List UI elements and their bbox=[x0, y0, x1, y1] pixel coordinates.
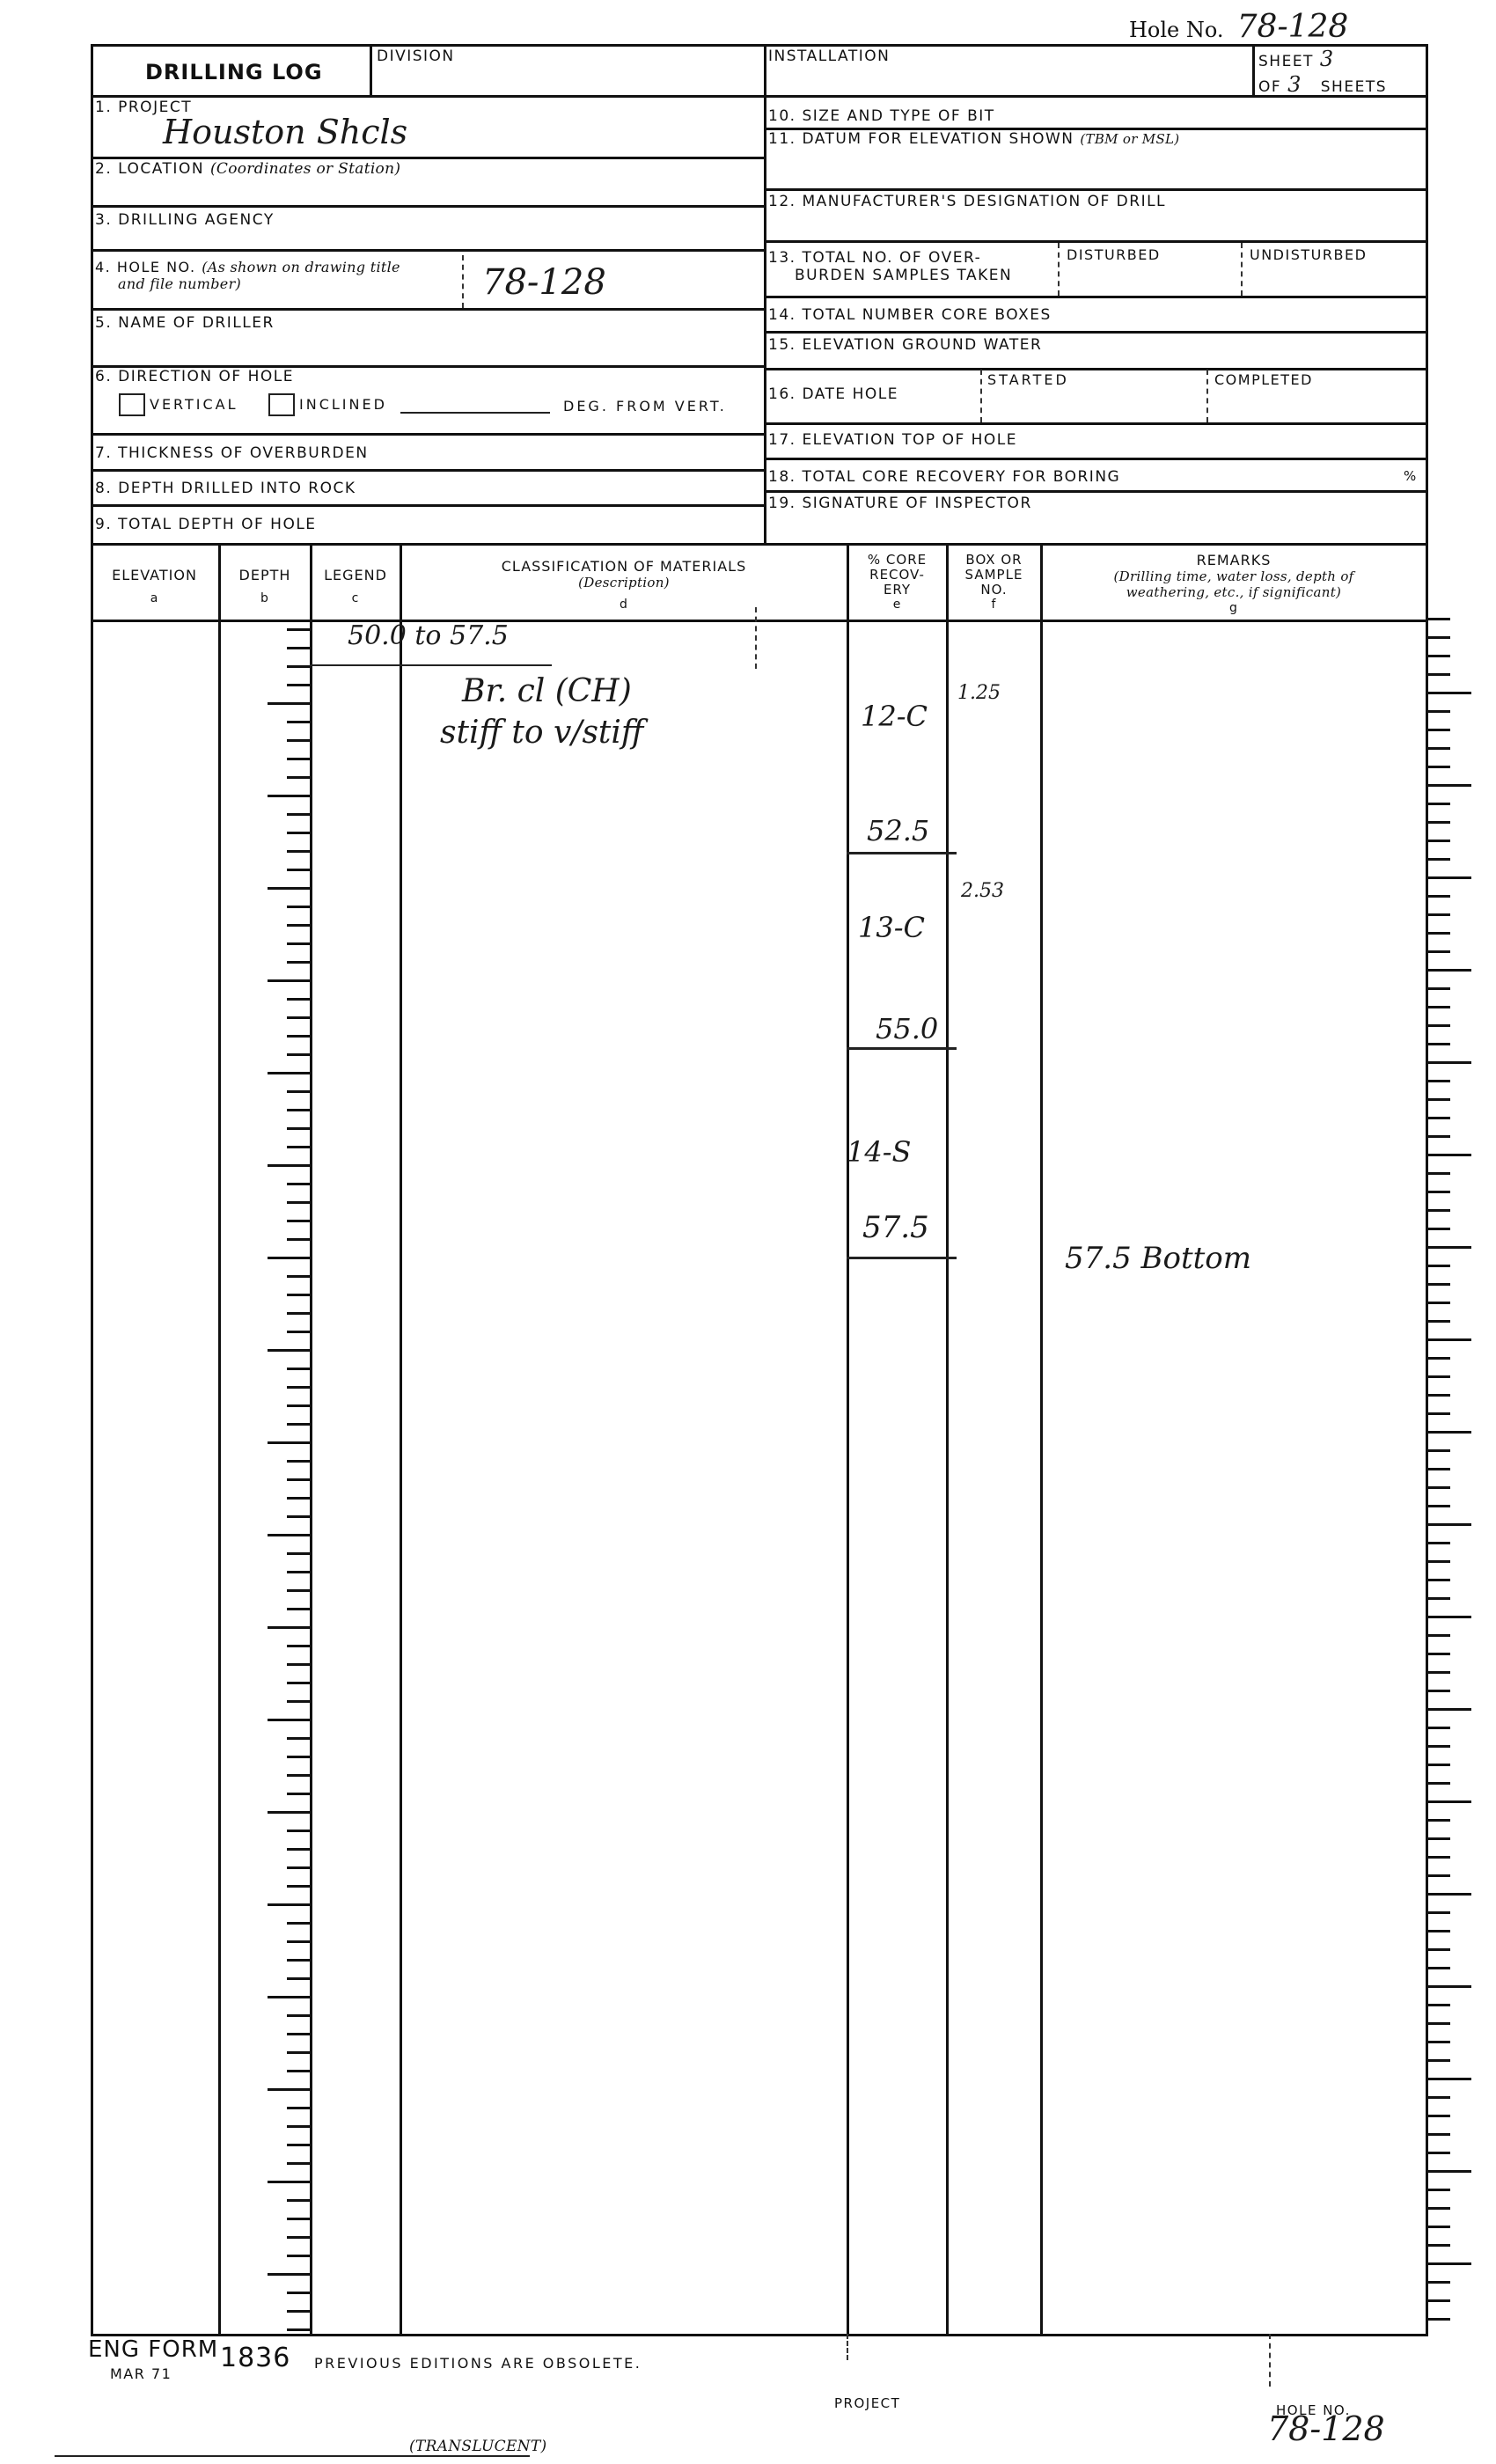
ruler-tick bbox=[1427, 1874, 1450, 1877]
ruler-tick bbox=[1427, 1560, 1450, 1563]
depth-tick bbox=[287, 1146, 310, 1148]
ruler-tick bbox=[1427, 1727, 1450, 1729]
ruler-tick bbox=[1427, 1228, 1450, 1230]
ruler-tick bbox=[1427, 2059, 1450, 2062]
depth-tick bbox=[268, 1626, 310, 1629]
ruler-tick bbox=[1427, 1412, 1450, 1415]
ruler-tick bbox=[1427, 1449, 1450, 1452]
ruler-tick bbox=[1427, 2004, 1450, 2006]
depth-tick bbox=[287, 1663, 310, 1666]
date-hole-label: 16. DATE HOLE bbox=[768, 385, 898, 403]
interval-value[interactable]: 50.0 to 57.5 bbox=[348, 620, 509, 651]
ruler-tick bbox=[1427, 1431, 1471, 1434]
depth-tick bbox=[287, 2199, 310, 2202]
form-date: MAR 71 bbox=[110, 2365, 172, 2382]
hole-no-label: Hole No. bbox=[1129, 18, 1224, 42]
started-label: STARTED bbox=[987, 371, 1069, 388]
sheet-label: SHEET 3 bbox=[1258, 47, 1335, 71]
ruler-tick bbox=[1427, 913, 1450, 916]
deg-from-vert-label: DEG. FROM VERT. bbox=[563, 398, 727, 414]
ruler-tick bbox=[1427, 1283, 1450, 1286]
ruler-tick bbox=[1427, 876, 1471, 879]
elevation-top-label: 17. ELEVATION TOP OF HOLE bbox=[768, 431, 1017, 449]
hole-no-value: 78-128 bbox=[1237, 9, 1349, 45]
depth-tick bbox=[287, 721, 310, 723]
depth-tick bbox=[287, 1497, 310, 1500]
depth-tick bbox=[287, 2070, 310, 2072]
ruler-tick bbox=[1427, 1191, 1450, 1193]
ruler-tick bbox=[1427, 1265, 1450, 1267]
depth-tick bbox=[287, 1571, 310, 1573]
ruler-tick bbox=[1427, 2115, 1450, 2117]
depth-tick bbox=[287, 684, 310, 686]
depth-tick bbox=[287, 1515, 310, 1518]
ruler-tick bbox=[1427, 673, 1450, 676]
ruler-tick bbox=[1427, 840, 1450, 842]
form-title: DRILLING LOG bbox=[145, 60, 323, 84]
ruler-tick bbox=[1427, 895, 1450, 898]
col-header-core-recovery: % CORE RECOV- ERY e bbox=[848, 553, 946, 612]
depth-tick bbox=[287, 869, 310, 871]
inclined-checkbox[interactable] bbox=[268, 393, 295, 416]
depth-tick bbox=[287, 1090, 310, 1093]
ruler-tick bbox=[1427, 821, 1450, 824]
ruler-tick bbox=[1427, 692, 1471, 694]
depth-tick bbox=[287, 832, 310, 834]
ruler-tick bbox=[1427, 1394, 1450, 1397]
core-run-2[interactable]: 13-C bbox=[858, 911, 925, 944]
samples-label: 13. TOTAL NO. OF OVER- BURDEN SAMPLES TA… bbox=[768, 249, 1012, 284]
undisturbed-label: UNDISTURBED bbox=[1250, 246, 1367, 263]
disturbed-label: DISTURBED bbox=[1067, 246, 1161, 263]
ruler-tick bbox=[1427, 1505, 1450, 1507]
depth-tick bbox=[287, 2014, 310, 2017]
ruler-tick bbox=[1427, 1819, 1450, 1822]
ruler-tick bbox=[1427, 858, 1450, 861]
ruler-tick bbox=[1427, 1985, 1471, 1988]
ruler-tick bbox=[1427, 1837, 1450, 1840]
ruler-tick bbox=[1427, 2022, 1450, 2025]
depth-tick bbox=[287, 1275, 310, 1278]
col-header-elevation: ELEVATION a bbox=[91, 567, 218, 607]
depth-tick bbox=[287, 2310, 310, 2313]
depth-tick bbox=[287, 1460, 310, 1463]
depth-tick bbox=[287, 1608, 310, 1610]
depth-tick bbox=[268, 1164, 310, 1167]
depth-tick bbox=[287, 647, 310, 649]
ruler-tick bbox=[1427, 784, 1471, 787]
ruler-tick bbox=[1427, 2281, 1450, 2284]
ruler-tick bbox=[1427, 1634, 1450, 1637]
bit-label: 10. SIZE AND TYPE OF BIT bbox=[768, 107, 995, 125]
overburden-label: 7. THICKNESS OF OVERBURDEN bbox=[95, 444, 369, 462]
ruler-tick bbox=[1427, 2207, 1450, 2210]
ruler-tick bbox=[1427, 636, 1450, 639]
ruler-tick bbox=[1427, 1375, 1450, 1378]
ruler-tick bbox=[1427, 2226, 1450, 2228]
ruler-tick bbox=[1427, 1172, 1450, 1175]
ruler-tick bbox=[1427, 1800, 1471, 1803]
ruler-tick bbox=[1427, 1338, 1471, 1341]
depth-tick bbox=[268, 979, 310, 982]
ruler-tick bbox=[1427, 1486, 1450, 1489]
depth-tick bbox=[268, 2273, 310, 2276]
ruler-tick bbox=[1427, 1597, 1450, 1600]
depth-tick bbox=[268, 1719, 310, 1721]
end-depth-2[interactable]: 55.0 bbox=[876, 1012, 938, 1045]
ruler-tick bbox=[1427, 2096, 1450, 2099]
depth-tick bbox=[287, 1053, 310, 1056]
ground-water-label: 15. ELEVATION GROUND WATER bbox=[768, 336, 1042, 354]
depth-tick bbox=[287, 1977, 310, 1980]
depth-tick bbox=[268, 887, 310, 890]
depth-tick bbox=[287, 1368, 310, 1370]
vertical-label: VERTICAL bbox=[150, 396, 238, 413]
agency-label: 3. DRILLING AGENCY bbox=[95, 211, 275, 229]
ruler-tick bbox=[1427, 1320, 1450, 1323]
ruler-tick bbox=[1427, 2152, 1450, 2154]
depth-tick bbox=[287, 776, 310, 779]
core-recovery-label: 18. TOTAL CORE RECOVERY FOR BORING bbox=[768, 468, 1120, 486]
depth-tick bbox=[287, 1682, 310, 1684]
ruler-tick bbox=[1427, 618, 1450, 620]
depth-tick bbox=[287, 1645, 310, 1647]
depth-tick bbox=[287, 1774, 310, 1777]
ruler-tick bbox=[1427, 2041, 1450, 2043]
inclined-degrees-input[interactable] bbox=[400, 412, 550, 414]
sheet-of-label: OF 3 SHEETS bbox=[1258, 72, 1387, 97]
ruler-tick bbox=[1427, 1690, 1450, 1692]
depth-tick bbox=[287, 2125, 310, 2128]
inspector-label: 19. SIGNATURE OF INSPECTOR bbox=[768, 495, 1032, 512]
depth-tick bbox=[287, 1940, 310, 1943]
ruler-tick bbox=[1427, 987, 1450, 990]
ruler-tick bbox=[1427, 710, 1450, 713]
depth-tick bbox=[287, 2255, 310, 2257]
ruler-tick bbox=[1427, 747, 1450, 750]
depth-tick bbox=[287, 2051, 310, 2054]
depth-tick bbox=[287, 1589, 310, 1592]
vertical-checkbox[interactable] bbox=[119, 393, 145, 416]
description-line-2[interactable]: stiff to v/stiff bbox=[440, 715, 643, 751]
depth-tick bbox=[268, 1811, 310, 1814]
depth-tick bbox=[268, 1534, 310, 1536]
ruler-tick bbox=[1427, 2318, 1450, 2321]
ruler-tick bbox=[1427, 2133, 1450, 2136]
depth-tick bbox=[287, 942, 310, 945]
ruler-tick bbox=[1427, 803, 1450, 805]
depth-tick bbox=[268, 1257, 310, 1259]
ruler-tick bbox=[1427, 1579, 1450, 1581]
col-header-remarks: REMARKS (Drilling time, water loss, dept… bbox=[1042, 553, 1426, 616]
depth-tick bbox=[287, 1885, 310, 1888]
driller-label: 5. NAME OF DRILLER bbox=[95, 314, 275, 332]
ruler-tick bbox=[1427, 2299, 1450, 2302]
location-label: 2. LOCATION (Coordinates or Station) bbox=[95, 160, 400, 178]
project-value[interactable]: Houston Shcls bbox=[163, 113, 407, 151]
depth-tick bbox=[287, 1959, 310, 1962]
depth-tick bbox=[287, 1386, 310, 1389]
percent-sign: % bbox=[1404, 468, 1418, 484]
depth-tick bbox=[287, 2144, 310, 2146]
depth-tick bbox=[287, 1331, 310, 1333]
depth-tick bbox=[287, 1700, 310, 1703]
ruler-tick bbox=[1427, 1523, 1471, 1526]
depth-tick bbox=[287, 2328, 310, 2331]
ruler-tick bbox=[1427, 1893, 1471, 1896]
total-depth-label: 9. TOTAL DEPTH OF HOLE bbox=[95, 516, 317, 533]
ruler-tick bbox=[1427, 1782, 1450, 1785]
depth-tick bbox=[287, 758, 310, 760]
depth-tick bbox=[287, 628, 310, 631]
ruler-tick bbox=[1427, 1856, 1450, 1859]
depth-tick bbox=[287, 2107, 310, 2109]
footer-hole-no-value[interactable]: 78-128 bbox=[1267, 2409, 1385, 2448]
depth-tick bbox=[287, 1238, 310, 1241]
ruler-tick bbox=[1427, 766, 1450, 768]
depth-tick bbox=[287, 961, 310, 964]
ruler-tick bbox=[1427, 1135, 1450, 1138]
depth-tick bbox=[287, 1404, 310, 1407]
inclined-label: INCLINED bbox=[299, 396, 387, 413]
ruler-tick bbox=[1427, 1542, 1450, 1544]
ruler-tick bbox=[1427, 2170, 1471, 2173]
ruler-tick bbox=[1427, 1061, 1471, 1064]
end-depth-3[interactable]: 57.5 bbox=[862, 1210, 929, 1245]
depth-tick bbox=[268, 1996, 310, 1998]
depth-tick bbox=[287, 665, 310, 668]
depth-tick bbox=[287, 1756, 310, 1758]
depth-tick bbox=[268, 702, 310, 705]
depth-tick bbox=[287, 1183, 310, 1185]
hole-no-field-label: 4. HOLE NO. (As shown on drawing title a… bbox=[95, 259, 400, 292]
depth-tick bbox=[287, 1552, 310, 1555]
sheet-total: 3 bbox=[1287, 72, 1302, 97]
depth-tick bbox=[287, 1294, 310, 1296]
depth-tick bbox=[287, 1109, 310, 1111]
datum-label: 11. DATUM FOR ELEVATION SHOWN (TBM or MS… bbox=[768, 130, 1179, 148]
completed-label: COMPLETED bbox=[1214, 371, 1313, 388]
ruler-tick bbox=[1427, 1948, 1450, 1951]
ruler-tick bbox=[1427, 969, 1471, 972]
depth-tick bbox=[287, 850, 310, 853]
depth-tick bbox=[268, 1072, 310, 1074]
ruler-tick bbox=[1427, 1764, 1450, 1766]
ruler-tick bbox=[1427, 932, 1450, 935]
col-header-sample-no: BOX OR SAMPLE NO. f bbox=[948, 553, 1040, 612]
depth-tick bbox=[287, 1035, 310, 1038]
depth-tick bbox=[287, 1737, 310, 1740]
ruler-tick bbox=[1427, 2244, 1450, 2247]
division-label: DIVISION bbox=[377, 48, 455, 65]
ruler-tick bbox=[1427, 1154, 1471, 1156]
ruler-tick bbox=[1427, 655, 1450, 657]
depth-tick bbox=[268, 1441, 310, 1444]
remark-bottom[interactable]: 57.5 Bottom bbox=[1065, 1241, 1251, 1276]
form-number: 1836 bbox=[220, 2343, 290, 2373]
obsolete-note: PREVIOUS EDITIONS ARE OBSOLETE. bbox=[314, 2355, 642, 2372]
depth-tick bbox=[287, 2236, 310, 2239]
ruler-tick bbox=[1427, 2078, 1471, 2080]
ruler-tick bbox=[1427, 1080, 1450, 1082]
ruler-tick bbox=[1427, 2189, 1450, 2191]
depth-tick bbox=[287, 2033, 310, 2035]
depth-tick bbox=[287, 2162, 310, 2165]
depth-tick bbox=[287, 1312, 310, 1315]
direction-label: 6. DIRECTION OF HOLE bbox=[95, 368, 294, 385]
depth-tick bbox=[287, 2292, 310, 2294]
footer-project-label: PROJECT bbox=[834, 2395, 900, 2411]
depth-tick bbox=[287, 1848, 310, 1851]
ruler-tick bbox=[1427, 1024, 1450, 1027]
depth-tick bbox=[287, 924, 310, 927]
description-line-1[interactable]: Br. cl (CH) bbox=[462, 673, 632, 709]
depth-tick bbox=[268, 2088, 310, 2091]
depth-tick bbox=[268, 795, 310, 797]
col-header-classification: CLASSIFICATION OF MATERIALS (Description… bbox=[401, 558, 847, 613]
core-run-3[interactable]: 14-S bbox=[847, 1135, 911, 1169]
depth-tick bbox=[287, 1478, 310, 1481]
ruler-tick bbox=[1427, 1302, 1450, 1304]
core-boxes-label: 14. TOTAL NUMBER CORE BOXES bbox=[768, 306, 1052, 324]
ruler-tick bbox=[1427, 1745, 1450, 1748]
ruler-tick bbox=[1427, 1357, 1450, 1360]
depth-tick bbox=[287, 998, 310, 1001]
ruler-tick bbox=[1427, 1653, 1450, 1655]
depth-tick bbox=[287, 2218, 310, 2220]
top-hole-number: Hole No. 78-128 bbox=[1129, 9, 1348, 45]
depth-tick bbox=[287, 1830, 310, 1832]
manufacturer-label: 12. MANUFACTURER'S DESIGNATION OF DRILL bbox=[768, 193, 1166, 210]
depth-tick bbox=[287, 1793, 310, 1795]
ruler-tick bbox=[1427, 1006, 1450, 1008]
ruler-tick bbox=[1427, 1616, 1471, 1618]
ruler-tick bbox=[1427, 1671, 1450, 1674]
col-header-depth: DEPTH b bbox=[220, 567, 310, 607]
depth-tick bbox=[287, 1201, 310, 1204]
depth-tick bbox=[268, 1903, 310, 1906]
ruler-tick bbox=[1427, 2262, 1471, 2265]
ruler-tick bbox=[1427, 1930, 1450, 1932]
rock-depth-label: 8. DEPTH DRILLED INTO ROCK bbox=[95, 480, 356, 497]
ruler-tick bbox=[1427, 950, 1450, 953]
hole-no-field-value[interactable]: 78-128 bbox=[482, 262, 606, 303]
depth-tick bbox=[287, 739, 310, 742]
ruler-tick bbox=[1427, 1117, 1450, 1119]
core-run-1[interactable]: 12-C bbox=[861, 700, 928, 733]
depth-tick bbox=[287, 1922, 310, 1925]
depth-tick bbox=[287, 1127, 310, 1130]
sheet-number: 3 bbox=[1320, 47, 1335, 71]
installation-label: INSTALLATION bbox=[768, 48, 890, 65]
depth-tick bbox=[287, 906, 310, 908]
ruler-tick bbox=[1427, 1209, 1450, 1212]
sample-1[interactable]: 1.25 bbox=[957, 682, 1001, 704]
depth-tick bbox=[287, 813, 310, 816]
col-header-legend: LEGEND c bbox=[312, 567, 400, 607]
depth-tick bbox=[287, 1866, 310, 1869]
ruler-tick bbox=[1427, 729, 1450, 731]
end-depth-1[interactable]: 52.5 bbox=[867, 814, 929, 847]
depth-tick bbox=[268, 1349, 310, 1352]
sample-2[interactable]: 2.53 bbox=[961, 880, 1004, 902]
depth-tick bbox=[268, 2181, 310, 2183]
ruler-tick bbox=[1427, 1043, 1450, 1045]
ruler-tick bbox=[1427, 1468, 1450, 1470]
ruler-tick bbox=[1427, 1246, 1471, 1249]
depth-tick bbox=[287, 1423, 310, 1426]
translucent-note: (TRANSLUCENT) bbox=[409, 2438, 546, 2455]
ruler-tick bbox=[1427, 1911, 1450, 1914]
form-label: ENG FORM bbox=[88, 2336, 218, 2363]
ruler-tick bbox=[1427, 1098, 1450, 1101]
ruler-tick bbox=[1427, 1967, 1450, 1969]
ruler-tick bbox=[1427, 1708, 1471, 1711]
depth-tick bbox=[287, 1220, 310, 1222]
depth-tick bbox=[287, 1016, 310, 1019]
